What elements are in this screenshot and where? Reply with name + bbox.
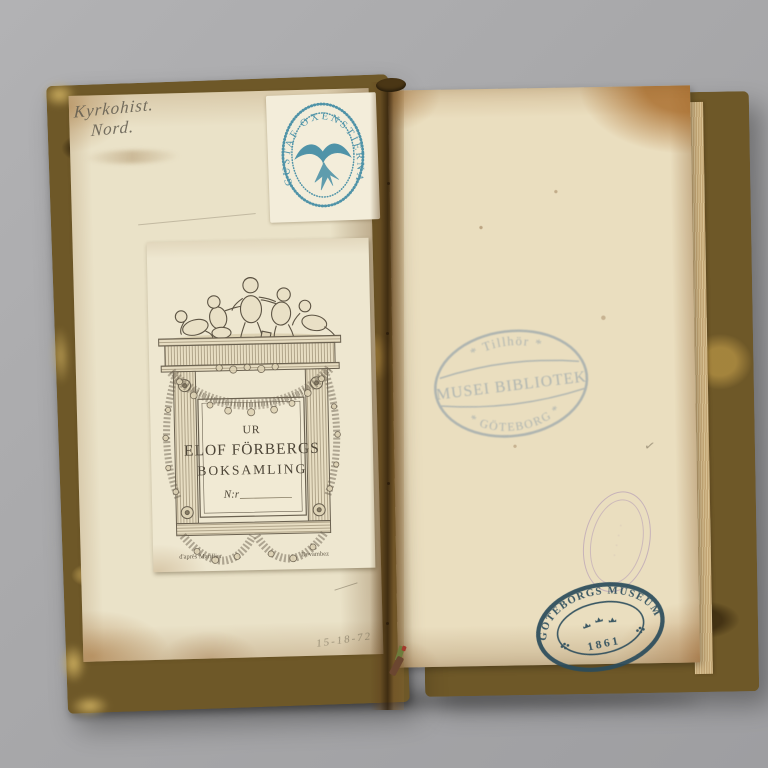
- oxenstierna-label: GUSTAF OXENSTIERNA: [266, 92, 380, 223]
- handwritten-shelf-mark: Kyrkohist. Nord.: [73, 95, 155, 143]
- musei-bibliotek-stamp: * Tillhör * MUSEI BIBLIOTEK * GÖTEBORG *: [420, 313, 602, 455]
- bookplate-line-boksamling: BOKSAMLING: [197, 461, 307, 478]
- bookplate-engraving: UR ELOF FÖRBERGS BOKSAMLING N:r d'après …: [147, 238, 376, 573]
- gold-edge-wear: [50, 325, 72, 386]
- bookplate-credit-right: Devambez: [301, 551, 329, 559]
- sewing-dot: [386, 332, 389, 335]
- dove-emblem-icon: [295, 143, 353, 191]
- right-flyleaf-page: * Tillhör * MUSEI BIBLIOTEK * GÖTEBORG *…: [388, 85, 700, 667]
- faint-pencil-line: [138, 213, 256, 225]
- bookplate-owner-name: ELOF FÖRBERGS: [184, 440, 320, 460]
- putti-engraving: [167, 276, 335, 345]
- three-crowns-icon: [581, 614, 617, 629]
- sewing-dot: [386, 622, 389, 625]
- book-gutter: [370, 82, 404, 710]
- sewing-dot: [387, 482, 390, 485]
- exlibris-bookplate: UR ELOF FÖRBERGS BOKSAMLING N:r d'après …: [147, 238, 376, 573]
- gold-corner-wear: [69, 694, 110, 717]
- faint-pencil-mark: ✓: [643, 437, 657, 455]
- erased-pencil-word: [84, 149, 180, 165]
- bookplate-number-label: N:r: [223, 488, 240, 500]
- oxenstierna-stamp: GUSTAF OXENSTIERNA: [266, 92, 380, 223]
- photo-of-open-antique-book: Kyrkohist. Nord. GUSTAF OXENSTIERNA: [0, 0, 768, 768]
- bookplate-credit-left: d'après Marillier: [179, 553, 223, 561]
- sewing-dot: [387, 182, 390, 185]
- musei-bibliotek-text: MUSEI BIBLIOTEK: [435, 368, 587, 403]
- tillhor-arc-text: * Tillhör *: [467, 330, 546, 360]
- bookplate-line-ur: UR: [242, 424, 260, 436]
